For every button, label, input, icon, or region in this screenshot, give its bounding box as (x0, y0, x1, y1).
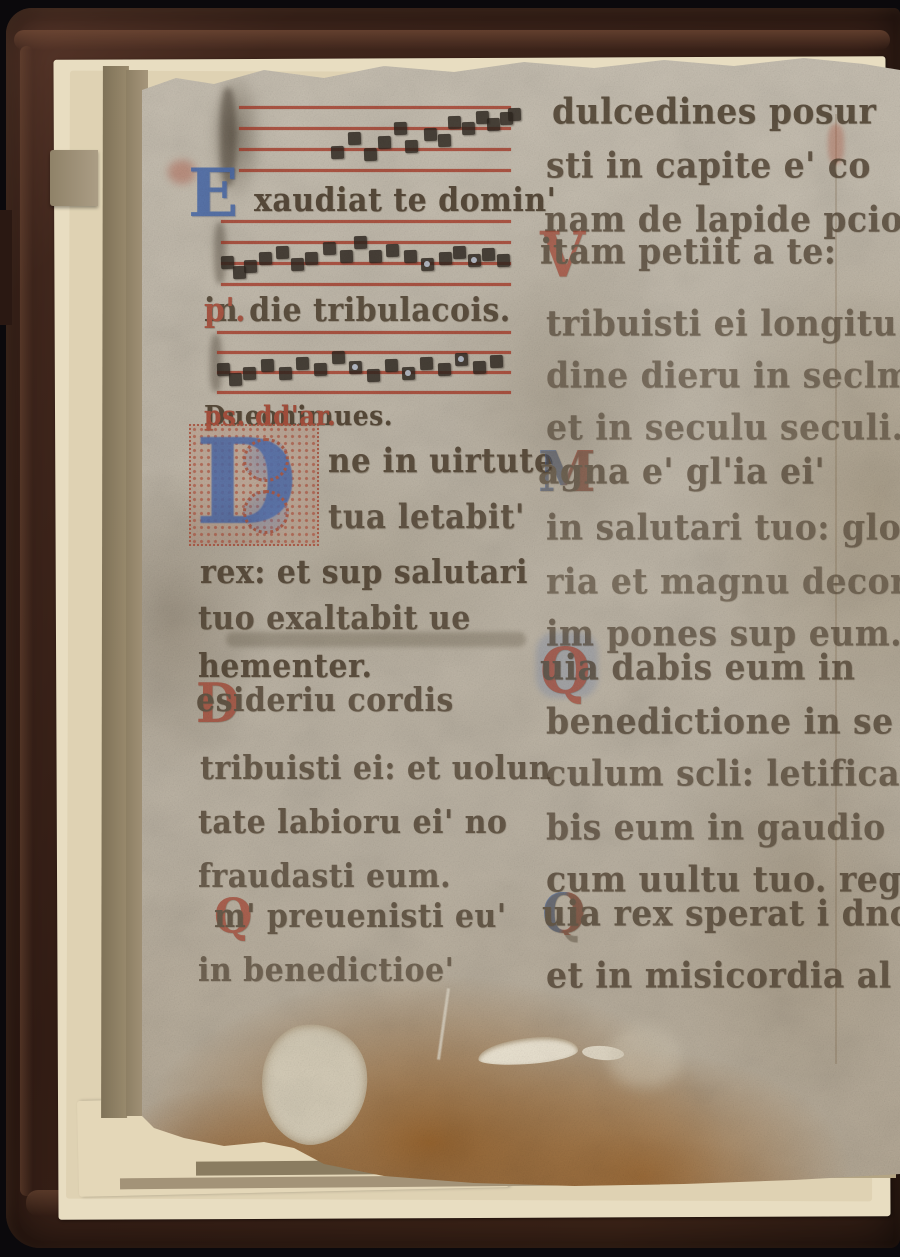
neume (473, 361, 486, 374)
neume (367, 369, 380, 382)
line-text: in benedictioe' (198, 952, 454, 990)
manuscript-page-content: xaudiat te domin'in die tribulacois. p'.… (142, 54, 900, 1188)
line-text: tua letabit' (328, 498, 525, 537)
neume (384, 359, 397, 372)
parchment-leaf-edge-1 (101, 66, 129, 1118)
line-text: dulcedines posur (552, 90, 876, 132)
spine-shadow (0, 210, 12, 325)
neume (386, 244, 399, 257)
neume (448, 116, 461, 129)
neume (354, 236, 367, 249)
line-text: et in misicordia al (546, 954, 892, 996)
music-stave (217, 331, 511, 393)
manuscript-photo: xaudiat te domin'in die tribulacois. p'.… (0, 0, 900, 1257)
line-text: in die tribulacois. (204, 292, 511, 330)
neume (467, 254, 480, 267)
neume (394, 122, 407, 135)
neume (290, 258, 303, 271)
music-stave (239, 106, 511, 170)
line-text: dine dieru in seclm (546, 354, 900, 396)
line-text: esideriu cordis (196, 682, 454, 720)
illuminated-initial-E: E (188, 154, 238, 232)
line-text: uia dabis eum in (540, 646, 855, 688)
neume (258, 252, 271, 265)
initial-D-letter: D (195, 412, 297, 551)
neume (340, 250, 353, 263)
stave-line (221, 283, 511, 286)
line-text: in salutari tuo: glo (546, 506, 900, 548)
neume (305, 252, 318, 265)
leather-top-edge (14, 30, 890, 50)
line-text: ria et magnu decore (546, 560, 900, 602)
illuminated-initial-D-ornate: D (189, 424, 319, 546)
line-text: benedictione in se (546, 700, 894, 742)
line-text: ne in uirtute (328, 442, 554, 481)
line-text: tribuisti ei: et uolun (200, 750, 551, 788)
manuscript-page: xaudiat te domin'in die tribulacois. p'.… (142, 54, 900, 1188)
line-text: tate labioru ei' no (198, 804, 507, 842)
neume (437, 134, 450, 147)
leather-left-edge (20, 46, 33, 1196)
neume (314, 363, 327, 376)
line-text: xaudiat te domin' (254, 182, 556, 220)
line-text: itam petiit a te: (540, 230, 836, 272)
line-text: uia rex sperat i dno (542, 892, 900, 934)
neume (369, 250, 382, 263)
neume (349, 361, 362, 374)
line-text: tribuisti ei longitu (546, 302, 897, 344)
penwork-roundel-top (243, 438, 289, 482)
neume (482, 248, 495, 261)
neume (322, 242, 335, 255)
neume (486, 118, 499, 131)
neume (405, 140, 418, 153)
rubric-text: p'. (204, 292, 246, 330)
neume (348, 132, 361, 145)
neume (490, 355, 503, 368)
neume (276, 246, 289, 259)
neume (437, 363, 450, 376)
stave-line (221, 220, 511, 223)
line-text: et in seculu seculi. (546, 406, 900, 448)
line-text: bis eum in gaudio (546, 806, 886, 848)
neume (229, 373, 242, 386)
neume (455, 353, 468, 366)
line-text: rex: et sup salutari (200, 554, 528, 592)
neume (421, 258, 434, 271)
line-text: m' preuenisti eu' (214, 898, 507, 936)
stave-line (239, 106, 511, 109)
line-text: tuo exaltabit ue (198, 600, 471, 638)
neume (402, 367, 415, 380)
neume (244, 260, 257, 273)
line-text: culum scli: letifica (546, 752, 900, 794)
line-text: agna e' gl'ia ei' (538, 450, 825, 492)
penwork-roundel-bottom (243, 490, 289, 534)
neume (420, 357, 433, 370)
neume (243, 367, 256, 380)
neume (508, 108, 521, 121)
neume (364, 148, 377, 161)
stave-line (217, 391, 511, 394)
neume (331, 146, 344, 159)
line-text: sti in capite e' co (546, 144, 871, 186)
neume (438, 252, 451, 265)
music-stave (221, 220, 511, 283)
neume (331, 351, 344, 364)
stave-line (239, 169, 511, 172)
neume (403, 250, 416, 263)
parchment-tab (50, 150, 98, 206)
neume (261, 359, 274, 372)
neume (296, 357, 309, 370)
stave-line (217, 331, 511, 334)
neume (462, 122, 475, 135)
neume (453, 246, 466, 259)
abrasion-light-patch (608, 1026, 682, 1088)
neume (377, 136, 390, 149)
neume (424, 128, 437, 141)
neume (279, 367, 292, 380)
neume (496, 254, 509, 267)
